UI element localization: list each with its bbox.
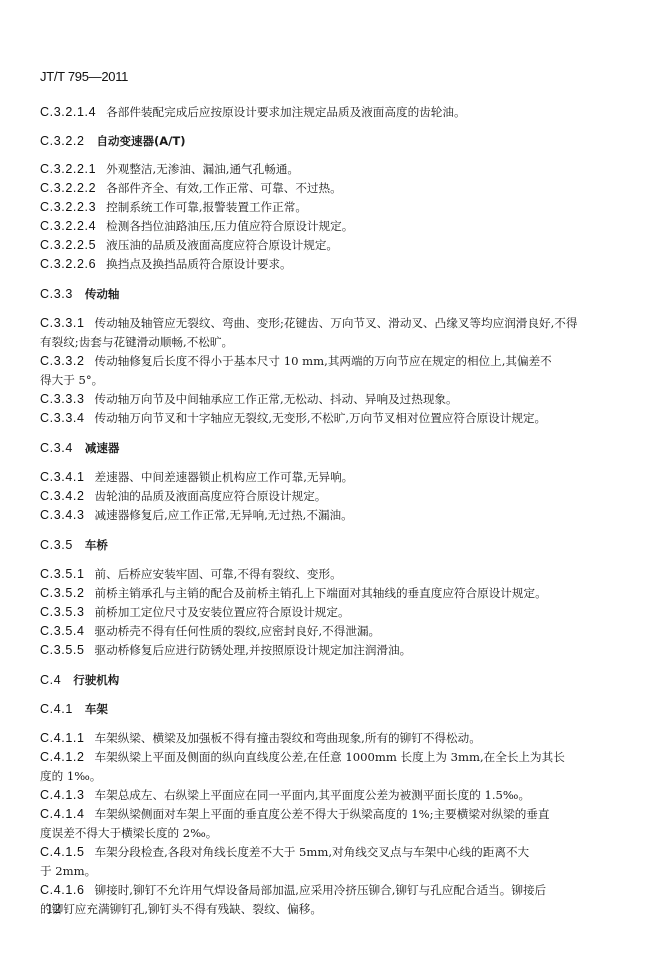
clause: C.4.1.6铆接时,铆钉不允许用气焊设备局部加温,应采用冷挤压铆合,铆钉与孔应… [40,883,546,897]
clause-text: 传动轴及轴管应无裂纹、弯曲、变形;花键齿、万向节叉、滑动叉、凸缘叉等均应润滑良好… [95,316,578,330]
section-heading: C.3.2.2自动变速器(A/T) [40,134,185,148]
section-heading: C.4行驶机构 [40,673,119,687]
clause-text: 传动轴万向节及中间轴承应工作正常,无松动、抖动、异响及过热现象。 [95,392,458,406]
clause-number: C.3.4.3 [40,508,85,522]
clause-number: C.3.5.5 [40,643,85,657]
clause-text: 驱动桥修复后应进行防锈处理,并按照原设计规定加注润滑油。 [95,643,412,657]
section-number: C.4.1 [40,702,73,716]
clause: C.3.3.3传动轴万向节及中间轴承应工作正常,无松动、抖动、异响及过热现象。 [40,392,458,406]
clause-number: C.3.2.2.1 [40,162,96,176]
clause-number: C.3.2.2.2 [40,181,96,195]
clause-text: 前桥主销承孔与主销的配合及前桥主销孔上下端面对其轴线的垂直度应符合原设计规定。 [95,586,547,600]
page-number: 12 [46,902,61,916]
clause-number: C.3.3.1 [40,316,85,330]
clause: C.3.2.2.4检测各挡位油路油压,压力值应符合原设计规定。 [40,219,353,233]
clause: C.3.2.2.3控制系统工作可靠,报警装置工作正常。 [40,200,307,214]
clause-number: C.4.1.2 [40,750,85,764]
section-title: 减速器 [85,441,120,455]
section-number: C.3.2.2 [40,134,85,148]
clause-text: 传动轴修复后长度不得小于基本尺寸 10 mm,其两端的万向节应在规定的相位上,其… [95,354,552,368]
clause-number: C.3.3.4 [40,411,85,425]
clause-number: C.3.2.2.5 [40,238,96,252]
clause-number: C.3.5.4 [40,624,85,638]
standard-code-header: JT/T 795—2011 [40,69,128,84]
clause: C.3.3.1传动轴及轴管应无裂纹、弯曲、变形;花键齿、万向节叉、滑动叉、凸缘叉… [40,316,577,330]
clause: C.4.1.4车架纵梁侧面对车架上平面的垂直度公差不得大于纵梁高度的 1%;主要… [40,807,549,821]
clause-continuation: 度的 1‰。 [40,769,101,783]
clause-text: 前、后桥应安装牢固、可靠,不得有裂纹、变形。 [95,567,342,581]
clause-text: 车架纵梁侧面对车架上平面的垂直度公差不得大于纵梁高度的 1%;主要横梁对纵梁的垂… [95,807,550,821]
clause: C.3.2.2.6换挡点及换挡品质符合原设计要求。 [40,257,292,271]
section-title: 车桥 [85,538,108,552]
clause: C.4.1.2车架纵梁上平面及侧面的纵向直线度公差,在任意 1000mm 长度上… [40,750,565,764]
clause: C.3.2.1.4各部件装配完成后应按原设计要求加注规定品质及液面高度的齿轮油。 [40,105,466,119]
clause: C.3.5.4驱动桥壳不得有任何性质的裂纹,应密封良好,不得泄漏。 [40,624,380,638]
clause-text: 车架纵梁、横梁及加强板不得有撞击裂纹和弯曲现象,所有的铆钉不得松动。 [95,731,481,745]
section-title: 自动变速器(A/T) [97,134,186,148]
clause: C.3.5.3前桥加工定位尺寸及安装位置应符合原设计规定。 [40,605,350,619]
section-heading: C.3.3传动轴 [40,287,119,301]
clause-text: 车架分段检查,各段对角线长度差不大于 5mm,对角线交叉点与车架中心线的距离不大 [95,845,530,859]
clause-number: C.3.5.3 [40,605,85,619]
clause-text: 驱动桥壳不得有任何性质的裂纹,应密封良好,不得泄漏。 [95,624,381,638]
clause: C.3.4.2齿轮油的品质及液面高度应符合原设计规定。 [40,489,326,503]
section-title: 传动轴 [85,287,120,301]
clause-number: C.4.1.3 [40,788,85,802]
clause-text: 各部件齐全、有效,工作正常、可靠、不过热。 [106,181,342,195]
clause-text: 前桥加工定位尺寸及安装位置应符合原设计规定。 [95,605,350,619]
clause-continuation: 得大于 5°。 [40,373,103,387]
clause-continuation: 于 2mm。 [40,864,96,878]
clause-number: C.3.3.3 [40,392,85,406]
clause-text: 换挡点及换挡品质符合原设计要求。 [106,257,292,271]
section-title: 车架 [85,702,108,716]
clause: C.3.3.2传动轴修复后长度不得小于基本尺寸 10 mm,其两端的万向节应在规… [40,354,552,368]
clause-number: C.3.3.2 [40,354,85,368]
section-heading: C.4.1车架 [40,702,108,716]
clause-number: C.3.2.2.4 [40,219,96,233]
clause-continuation: 的铆钉应充满铆钉孔,铆钉头不得有残缺、裂纹、偏移。 [40,902,322,916]
clause: C.4.1.5车架分段检查,各段对角线长度差不大于 5mm,对角线交叉点与车架中… [40,845,529,859]
clause-number: C.4.1.5 [40,845,85,859]
clause-number: C.4.1.6 [40,883,85,897]
clause-number: C.3.2.1.4 [40,105,96,119]
clause: C.3.2.2.1外观整洁,无渗油、漏油,通气孔畅通。 [40,162,299,176]
clause-number: C.3.4.1 [40,470,85,484]
clause-number: C.4.1.1 [40,731,85,745]
section-number: C.3.3 [40,287,73,301]
clause: C.4.1.3车架总成左、右纵梁上平面应在同一平面内,其平面度公差为被测平面长度… [40,788,530,802]
clause-text: 控制系统工作可靠,报警装置工作正常。 [106,200,307,214]
clause: C.4.1.1车架纵梁、横梁及加强板不得有撞击裂纹和弯曲现象,所有的铆钉不得松动… [40,731,481,745]
section-number: C.3.5 [40,538,73,552]
section-number: C.4 [40,673,61,687]
clause-text: 检测各挡位油路油压,压力值应符合原设计规定。 [106,219,353,233]
document-page: JT/T 795—2011 C.3.2.1.4各部件装配完成后应按原设计要求加注… [0,0,669,977]
clause-text: 减速器修复后,应工作正常,无异响,无过热,不漏油。 [95,508,353,522]
clause: C.3.5.1前、后桥应安装牢固、可靠,不得有裂纹、变形。 [40,567,342,581]
clause-text: 外观整洁,无渗油、漏油,通气孔畅通。 [106,162,299,176]
clause: C.3.3.4传动轴万向节叉和十字轴应无裂纹,无变形,不松旷,万向节叉相对位置应… [40,411,546,425]
clause-text: 液压油的品质及液面高度应符合原设计规定。 [106,238,338,252]
section-heading: C.3.4减速器 [40,441,119,455]
section-title: 行驶机构 [73,673,119,687]
clause: C.3.5.2前桥主销承孔与主销的配合及前桥主销孔上下端面对其轴线的垂直度应符合… [40,586,547,600]
clause-text: 车架纵梁上平面及侧面的纵向直线度公差,在任意 1000mm 长度上为 3mm,在… [95,750,565,764]
clause-number: C.3.5.2 [40,586,85,600]
clause-text: 铆接时,铆钉不允许用气焊设备局部加温,应采用冷挤压铆合,铆钉与孔应配合适当。铆接… [95,883,547,897]
clause-continuation: 度误差不得大于横梁长度的 2‰。 [40,826,217,840]
section-number: C.3.4 [40,441,73,455]
clause-text: 差速器、中间差速器锁止机构应工作可靠,无异响。 [95,470,354,484]
clause: C.3.4.1差速器、中间差速器锁止机构应工作可靠,无异响。 [40,470,353,484]
clause-continuation: 有裂纹;齿套与花键滑动顺畅,不松旷。 [40,335,233,349]
clause: C.3.2.2.5液压油的品质及液面高度应符合原设计规定。 [40,238,338,252]
clause-number: C.3.2.2.3 [40,200,96,214]
clause: C.3.2.2.2各部件齐全、有效,工作正常、可靠、不过热。 [40,181,342,195]
clause: C.3.4.3减速器修复后,应工作正常,无异响,无过热,不漏油。 [40,508,353,522]
clause-number: C.3.4.2 [40,489,85,503]
clause-text: 车架总成左、右纵梁上平面应在同一平面内,其平面度公差为被测平面长度的 1.5‰。 [95,788,531,802]
clause-text: 齿轮油的品质及液面高度应符合原设计规定。 [95,489,327,503]
clause-text: 传动轴万向节叉和十字轴应无裂纹,无变形,不松旷,万向节叉相对位置应符合原设计规定… [95,411,547,425]
clause-number: C.3.5.1 [40,567,85,581]
section-heading: C.3.5车桥 [40,538,108,552]
clause-text: 各部件装配完成后应按原设计要求加注规定品质及液面高度的齿轮油。 [106,105,465,119]
clause: C.3.5.5驱动桥修复后应进行防锈处理,并按照原设计规定加注润滑油。 [40,643,411,657]
clause-number: C.4.1.4 [40,807,85,821]
clause-number: C.3.2.2.6 [40,257,96,271]
